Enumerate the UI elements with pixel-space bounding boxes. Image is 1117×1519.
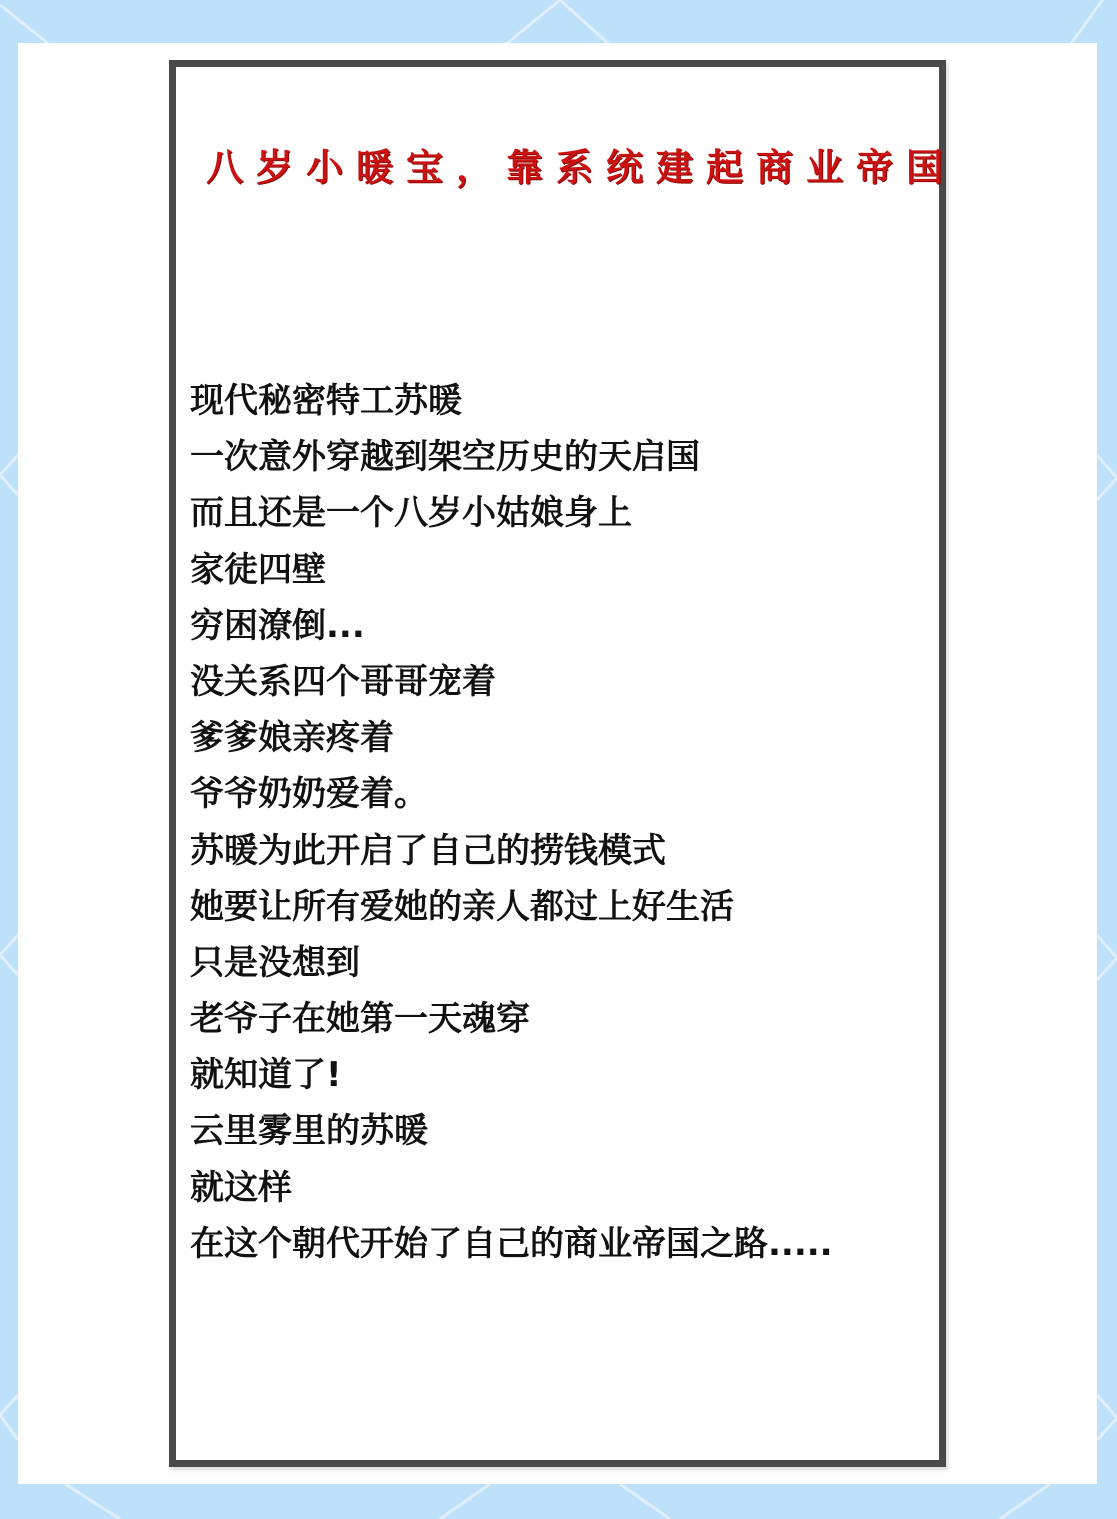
text-line: 而且还是一个八岁小姑娘身上	[190, 485, 833, 541]
text-line: 她要让所有爱她的亲人都过上好生活	[190, 879, 833, 935]
text-line: 穷困潦倒...	[190, 598, 833, 654]
text-line: 苏暖为此开启了自己的捞钱模式	[190, 823, 833, 879]
text-line: 爹爹娘亲疼着	[190, 710, 833, 766]
text-line: 只是没想到	[190, 935, 833, 991]
content-frame: 八岁小暖宝，靠系统建起商业帝国 现代秘密特工苏暖 一次意外穿越到架空历史的天启国…	[169, 60, 946, 1467]
text-line: 一次意外穿越到架空历史的天启国	[190, 429, 833, 485]
text-line: 就知道了!	[190, 1047, 833, 1103]
text-line: 老爷子在她第一天魂穿	[190, 991, 833, 1047]
story-text: 现代秘密特工苏暖 一次意外穿越到架空历史的天启国 而且还是一个八岁小姑娘身上 家…	[190, 373, 833, 1272]
text-line: 现代秘密特工苏暖	[190, 373, 833, 429]
text-line: 就这样	[190, 1160, 833, 1216]
text-line: 在这个朝代开始了自己的商业帝国之路.....	[190, 1216, 833, 1272]
text-line: 没关系四个哥哥宠着	[190, 654, 833, 710]
text-line: 家徒四壁	[190, 542, 833, 598]
text-line: 云里雾里的苏暖	[190, 1103, 833, 1159]
text-line: 爷爷奶奶爱着。	[190, 766, 833, 822]
page-title: 八岁小暖宝，靠系统建起商业帝国	[176, 137, 939, 191]
